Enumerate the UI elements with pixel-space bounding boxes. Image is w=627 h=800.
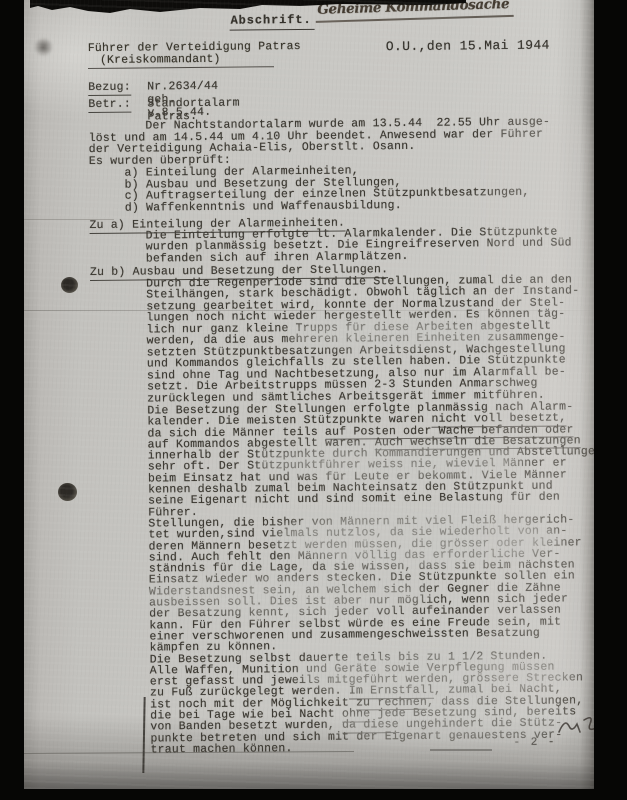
page-number: - 2 -: [513, 737, 556, 749]
typewritten-content: Abschrift. Geheime Kommandosache Führer …: [0, 0, 627, 800]
dateline: O.U.,den 15.Mai 1944: [386, 38, 550, 55]
main-paragraph: Die Besetzung der Stellungen erfolgte pl…: [147, 401, 605, 756]
section-a-body: Die Einteilung erfolgte lt. Alarmkalende…: [146, 226, 572, 264]
scan-border-left: [0, 0, 24, 800]
bottom-rule-short: [430, 749, 492, 751]
scan-border-right: [594, 0, 627, 800]
copy-note-heading: Abschrift.: [229, 13, 314, 31]
section-b-body: Durch die Regenperiode sind die Stellung…: [146, 274, 580, 404]
fold-line: [24, 310, 594, 311]
intro-paragraph: Der Nachtstandortalarm wurde am 13.5.44 …: [89, 117, 551, 215]
punch-hole-top: [61, 277, 78, 293]
ink-smudge: [33, 38, 54, 56]
sender-block: Führer der Verteidigung Patras (Kreiskom…: [88, 41, 301, 67]
scan-border-bottom: [0, 789, 627, 800]
sender-line-2: (Kreiskommandant): [100, 53, 301, 67]
punch-hole-bottom: [58, 483, 77, 501]
fold-line: [24, 219, 114, 220]
scanned-document: Abschrift. Geheime Kommandosache Führer …: [0, 0, 627, 800]
subject-label: Betr.:: [88, 98, 131, 113]
reference-label: Bezug:: [88, 81, 131, 96]
text-line: d) Waffenkenntnis und Waffenausbildung.: [89, 199, 551, 215]
